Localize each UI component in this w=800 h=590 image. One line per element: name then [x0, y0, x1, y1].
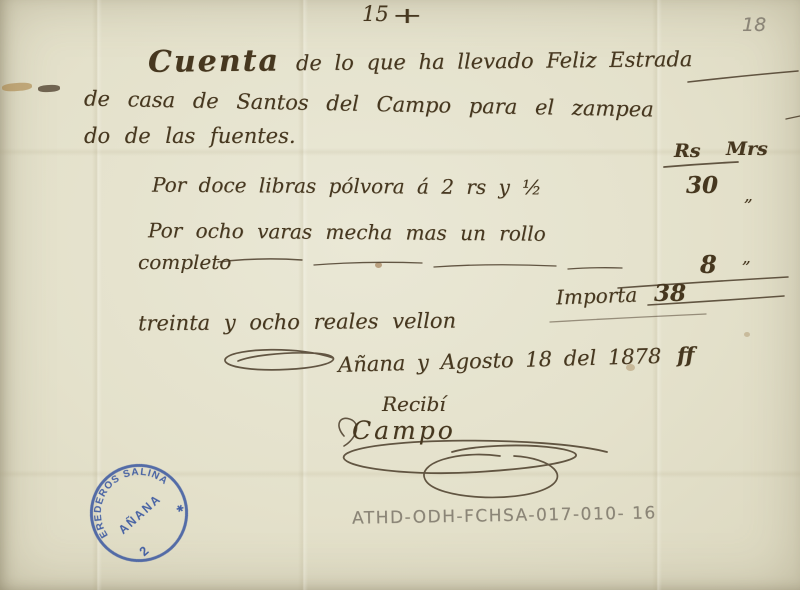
- heading-line-2: de casa de Santos del Campo para el zamp…: [84, 87, 654, 122]
- archive-stamp-graphic: HEREDEROS SALINAS AÑANA 2 ✱: [61, 435, 216, 590]
- fill-dash: [314, 262, 422, 265]
- manuscript-page: 15 + 18 Cuentade lo que ha llevado Feliz…: [0, 0, 800, 590]
- amount-in-words: treinta y ocho reales vellon: [138, 309, 456, 336]
- dateline-text: Añana y Agosto 18 del 1878: [338, 344, 662, 377]
- title-underline-stroke: [688, 71, 798, 82]
- paper-stain: [744, 332, 750, 337]
- item-1-text: Por doce libras pólvora á 2 rs y ½: [152, 173, 542, 200]
- received-label: Recibí: [382, 392, 446, 416]
- item-2-text-continued: completo: [138, 250, 231, 274]
- stamp-number: 2: [137, 544, 152, 559]
- total-label: Importa: [556, 283, 638, 310]
- title-rest: de lo que ha llevado Feliz Estrada: [296, 47, 693, 75]
- item-2-maravedis-ditto: „: [742, 248, 751, 268]
- signature-name: Campo: [352, 416, 456, 445]
- dateline: Añana y Agosto 18 del 1878 ff: [338, 342, 695, 377]
- archive-stamp: HEREDEROS SALINAS AÑANA 2 ✱: [61, 435, 216, 590]
- column-header-maravedis: Mrs: [726, 138, 768, 160]
- document-title-line: Cuentade lo que ha llevado Feliz Estrada: [148, 39, 693, 80]
- paper-stain: [375, 262, 382, 268]
- item-2-text: Por ocho varas mecha mas un rollo: [148, 218, 546, 245]
- fold-crease: [298, 0, 308, 590]
- ink-smudge: [38, 84, 60, 92]
- item-1-reales: 30: [686, 172, 718, 199]
- dateline-flourish-mark: ff: [677, 342, 695, 367]
- item-1-maravedis-ditto: „: [744, 186, 753, 206]
- total-value: 38: [654, 280, 686, 307]
- title-word: Cuenta: [148, 43, 280, 79]
- paper-stain: [2, 82, 32, 92]
- column-header-reales: Rs: [674, 140, 701, 162]
- item-2-reales: 8: [700, 250, 717, 279]
- signature-rubric-loop: [424, 455, 557, 498]
- fill-dash: [568, 268, 622, 269]
- pencil-page-number: 18: [742, 14, 766, 36]
- total-flourish-rule: [550, 314, 706, 322]
- archive-reference: ATHD-ODH-FCHSA-017-010- 16: [352, 503, 657, 528]
- line2-trailing-dash: [786, 116, 800, 119]
- fill-dash: [434, 265, 556, 267]
- heading-line-3: do de las fuentes.: [84, 124, 296, 148]
- column-header-underline: [664, 162, 738, 167]
- stamp-center-text: AÑANA: [116, 492, 164, 537]
- signature-rubric: [344, 441, 607, 474]
- cross-mark: +: [392, 4, 423, 29]
- pre-date-flourish: [225, 350, 334, 370]
- folio-number: 15: [362, 2, 389, 26]
